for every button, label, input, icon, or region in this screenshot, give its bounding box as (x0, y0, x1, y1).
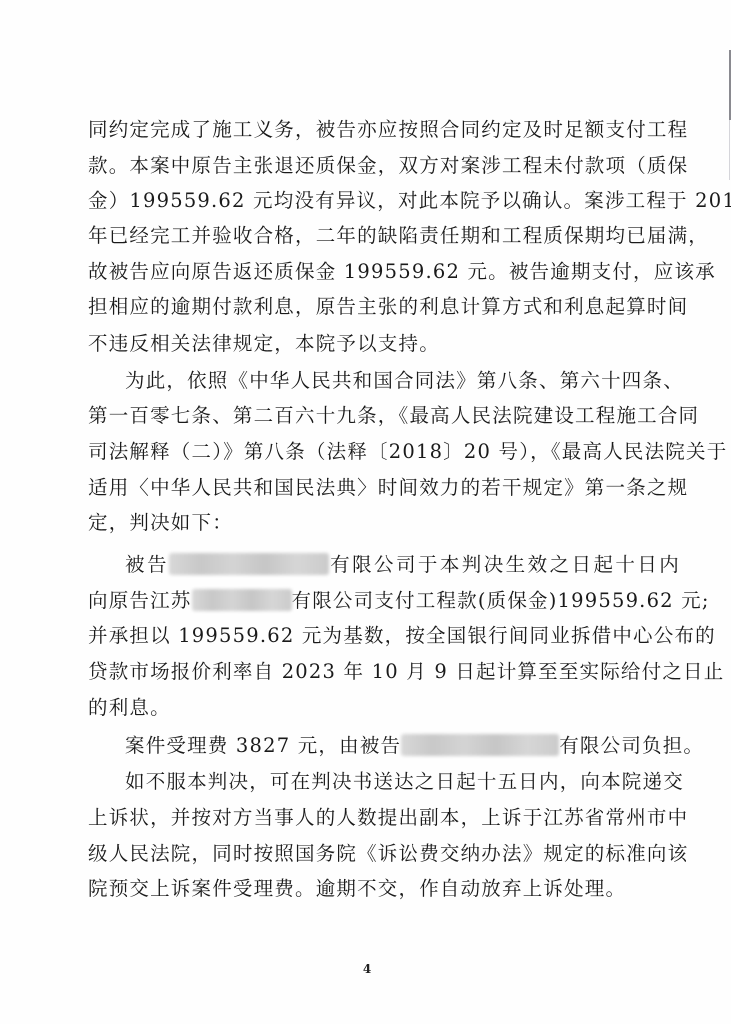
paragraph-5-line-2: 上诉状，并按对方当事人的人数提出副本，上诉于江苏省常州市中 (88, 803, 680, 833)
fee-responsibility-text: 有限公司负担。 (559, 734, 704, 757)
paragraph-1-line-5: 故被告应向原告返还质保金 199559.62 元。被告逾期支付，应该承 (88, 257, 680, 287)
judgment-text: 有限公司于本判决生效之日起十日内 (329, 553, 680, 576)
defendant-label: 被告 (125, 553, 169, 576)
redacted-defendant-name (169, 553, 329, 575)
paragraph-5-line-1: 如不服本判决，可在判决书送达之日起十五日内，向本院递交 (125, 767, 680, 797)
paragraph-1-line-1: 同约定完成了施工义务，被告亦应按照合同约定及时足额支付工程 (88, 115, 680, 145)
paragraph-2-line-1: 为此，依照《中华人民共和国合同法》第八条、第六十四条、 (125, 366, 680, 396)
paragraph-3-line-5: 的利息。 (88, 693, 680, 723)
paragraph-3-line-3: 并承担以 199559.62 元为基数，按全国银行间同业拆借中心公布的 (88, 621, 680, 651)
paragraph-1-line-7: 不违反相关法律规定，本院予以支持。 (88, 329, 680, 359)
paragraph-2-line-2: 第一百零七条、第二百六十九条，《最高人民法院建设工程施工合同 (88, 401, 680, 431)
plaintiff-label: 向原告江苏 (88, 589, 192, 612)
payment-text: 有限公司支付工程款(质保金)199559.62 元; (292, 589, 710, 612)
page-number: 4 (360, 962, 374, 976)
paragraph-1-line-2: 款。本案中原告主张退还质保金，双方对案涉工程未付款项（质保 (88, 151, 680, 181)
fee-text: 案件受理费 3827 元，由被告 (125, 734, 401, 757)
redacted-plaintiff-name (192, 589, 292, 611)
paragraph-1-line-3: 金）199559.62 元均没有异议，对此本院予以确认。案涉工程于 2015 (88, 186, 680, 216)
paragraph-5-line-4: 院预交上诉案件受理费。逾期不交，作自动放弃上诉处理。 (88, 874, 680, 904)
paragraph-2-line-3: 司法解释（二）》第八条（法释〔2018〕20 号），《最高人民法院关于 (88, 437, 680, 467)
scan-edge-shadow (729, 120, 730, 180)
paragraph-3-line-2: 向原告江苏有限公司支付工程款(质保金)199559.62 元; (88, 586, 680, 616)
paragraph-5-line-3: 级人民法院，同时按照国务院《诉讼费交纳办法》规定的标准向该 (88, 839, 680, 869)
paragraph-1-line-6: 担相应的逾期付款利息，原告主张的利息计算方式和利息起算时间 (88, 292, 680, 322)
paragraph-2-line-4: 适用〈中华人民共和国民法典〉时间效力的若干规定》第一条之规 (88, 473, 680, 503)
paragraph-3-line-4: 贷款市场报价利率自 2023 年 10 月 9 日起计算至至实际给付之日止 (88, 657, 680, 687)
paragraph-1-line-4: 年已经完工并验收合格，二年的缺陷责任期和工程质保期均已届满， (88, 221, 680, 251)
document-page: 同约定完成了施工义务，被告亦应按照合同约定及时足额支付工程 款。本案中原告主张退… (0, 0, 731, 1024)
paragraph-2-line-5: 定，判决如下： (88, 508, 680, 538)
paragraph-4-line-1: 案件受理费 3827 元，由被告有限公司负担。 (125, 731, 680, 761)
redacted-defendant-name (401, 734, 559, 756)
paragraph-3-line-1: 被告有限公司于本判决生效之日起十日内 (125, 550, 680, 580)
